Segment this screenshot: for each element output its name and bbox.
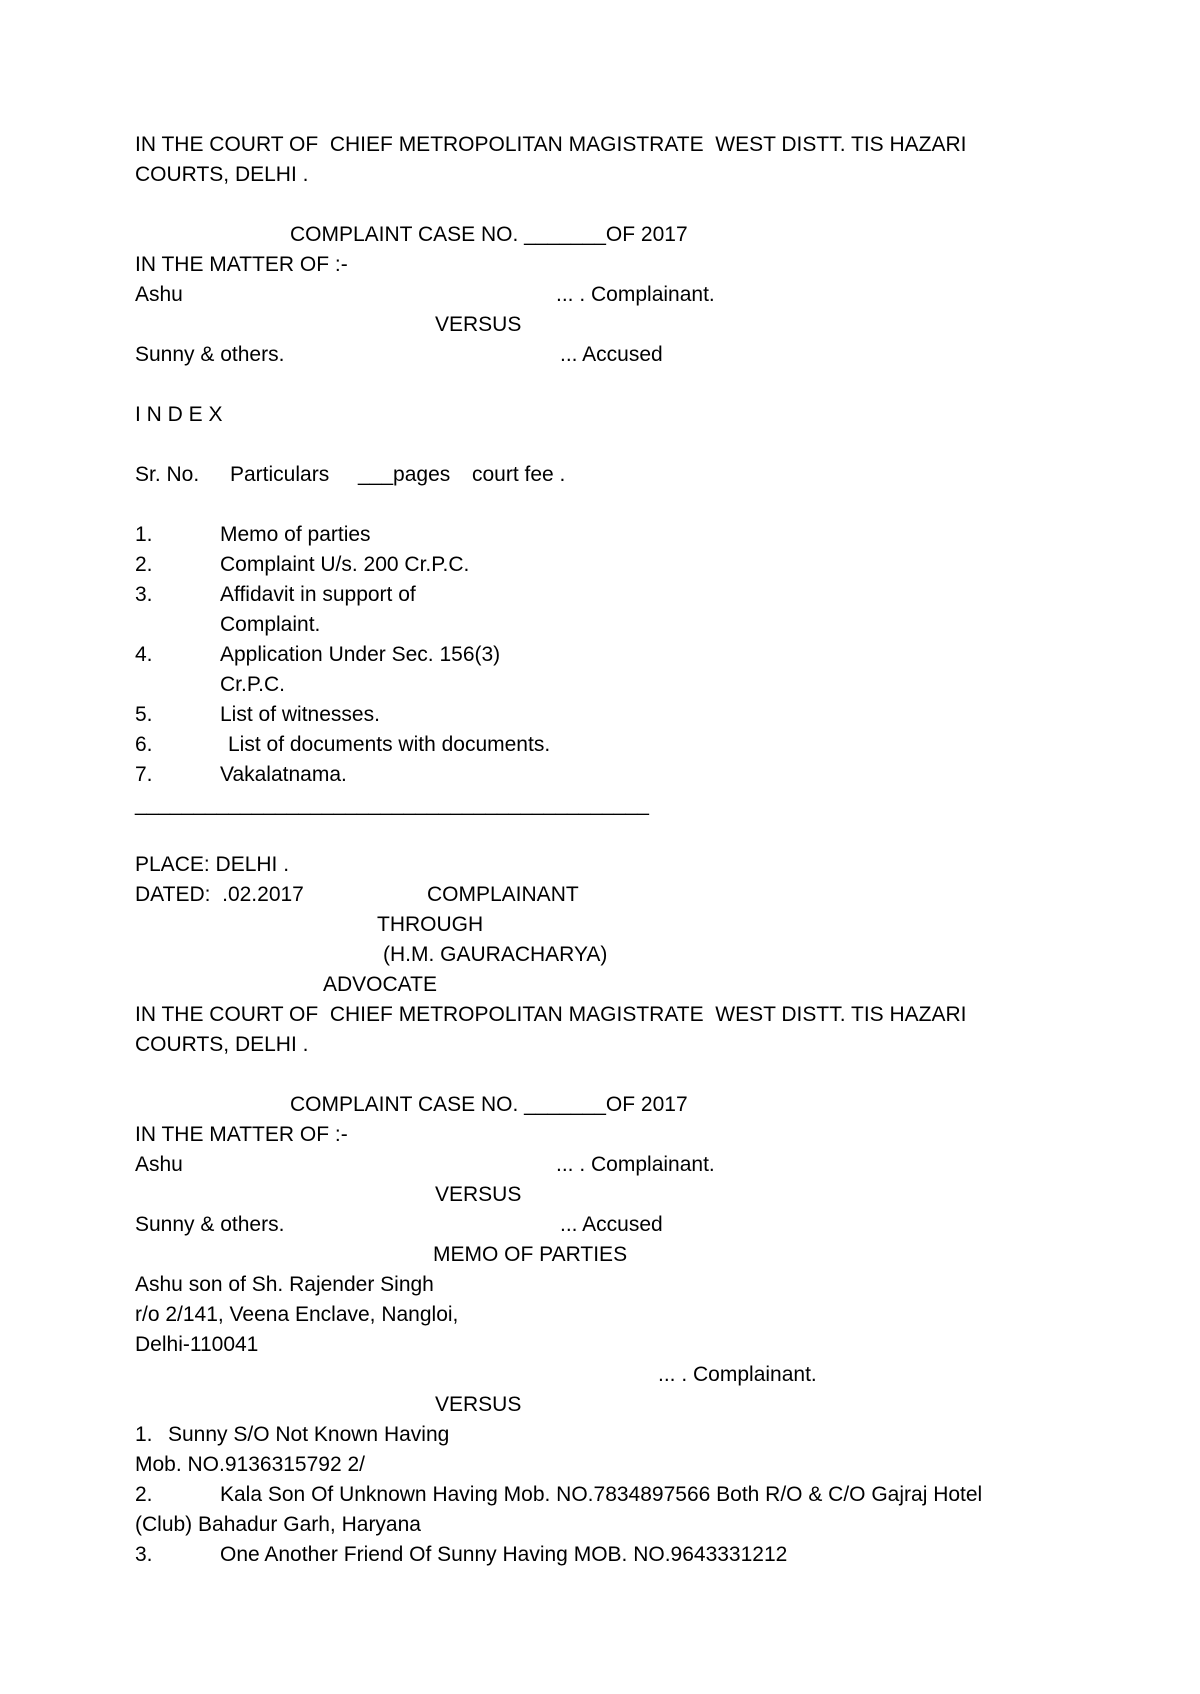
accused-label: ... Accused xyxy=(560,340,663,370)
advocate-name-line: (H.M. GAURACHARYA) xyxy=(0,940,1200,970)
index-header-particulars: Particulars xyxy=(230,460,329,490)
index-item-7: 7. Vakalatnama. xyxy=(0,760,1200,790)
versus-line-3: VERSUS xyxy=(0,1390,1200,1420)
signature-through: THROUGH xyxy=(377,910,483,940)
index-item-6: 6. List of documents with documents. xyxy=(0,730,1200,760)
place-line: PLACE: DELHI . xyxy=(0,850,1200,880)
advocate-line: ADVOCATE xyxy=(0,970,1200,1000)
memo-complainant-label-line: ... . Complainant. xyxy=(0,1360,1200,1390)
complainant-line-2: Ashu ... . Complainant. xyxy=(0,1150,1200,1180)
accused-name-2: Sunny & others. xyxy=(135,1210,284,1240)
accused-name: Sunny & others. xyxy=(135,340,284,370)
memo-complainant-line-3: Delhi-110041 xyxy=(0,1330,1200,1360)
court-header-2-line-2: COURTS, DELHI . xyxy=(0,1030,1200,1060)
index-item-text-cont: Complaint. xyxy=(220,610,320,640)
case-number-text: COMPLAINT CASE NO. _______OF 2017 xyxy=(290,220,688,250)
index-item-3: 3. Affidavit in support of xyxy=(0,580,1200,610)
index-item-number: 4. xyxy=(135,640,153,670)
signature-advocate: ADVOCATE xyxy=(323,970,437,1000)
court-header-2-line-1: IN THE COURT OF CHIEF METROPOLITAN MAGIS… xyxy=(0,1000,1200,1030)
signature-advocate-name: (H.M. GAURACHARYA) xyxy=(383,940,607,970)
index-item-number: 1. xyxy=(135,520,153,550)
court-header-2-text-2: COURTS, DELHI . xyxy=(135,1030,308,1060)
accused-item-2-cont: (Club) Bahadur Garh, Haryana xyxy=(0,1510,1200,1540)
versus-text-3: VERSUS xyxy=(435,1390,521,1420)
index-item-4: 4. Application Under Sec. 156(3) xyxy=(0,640,1200,670)
index-item-number: 2. xyxy=(135,550,153,580)
index-item-text: List of witnesses. xyxy=(220,700,380,730)
accused-item-text-cont: (Club) Bahadur Garh, Haryana xyxy=(135,1510,421,1540)
accused-line: Sunny & others. ... Accused xyxy=(0,340,1200,370)
index-item-number: 3. xyxy=(135,580,153,610)
court-header-line-2: COURTS, DELHI . xyxy=(0,160,1200,190)
index-header-line: Sr. No. Particulars ___pages court fee . xyxy=(0,460,1200,490)
in-the-matter-line: IN THE MATTER OF :- xyxy=(0,250,1200,280)
in-the-matter-text: IN THE MATTER OF :- xyxy=(135,250,348,280)
memo-title-text: MEMO OF PARTIES xyxy=(433,1240,627,1270)
case-number-text-2: COMPLAINT CASE NO. _______OF 2017 xyxy=(290,1090,688,1120)
memo-complainant-label: ... . Complainant. xyxy=(658,1360,817,1390)
accused-item-number: 2. xyxy=(135,1480,153,1510)
memo-complainant-text-2: r/o 2/141, Veena Enclave, Nangloi, xyxy=(135,1300,458,1330)
index-item-5: 5. List of witnesses. xyxy=(0,700,1200,730)
accused-item-1: 1. Sunny S/O Not Known Having xyxy=(0,1420,1200,1450)
complainant-label-2: ... . Complainant. xyxy=(556,1150,715,1180)
index-item-text: Memo of parties xyxy=(220,520,371,550)
complainant-name-2: Ashu xyxy=(135,1150,183,1180)
index-item-3-cont: Complaint. xyxy=(0,610,1200,640)
divider-line: ________________________________________… xyxy=(0,790,1200,820)
complainant-label: ... . Complainant. xyxy=(556,280,715,310)
accused-line-2: Sunny & others. ... Accused xyxy=(0,1210,1200,1240)
versus-text-2: VERSUS xyxy=(435,1180,521,1210)
index-item-number: 5. xyxy=(135,700,153,730)
memo-complainant-text-1: Ashu son of Sh. Rajender Singh xyxy=(135,1270,434,1300)
memo-complainant-line-2: r/o 2/141, Veena Enclave, Nangloi, xyxy=(0,1300,1200,1330)
index-header-pages: ___pages xyxy=(358,460,450,490)
index-item-text: Complaint U/s. 200 Cr.P.C. xyxy=(220,550,469,580)
index-item-text: Vakalatnama. xyxy=(220,760,347,790)
dated-text: DATED: .02.2017 xyxy=(135,880,304,910)
index-title-text: I N D E X xyxy=(135,400,223,430)
through-line: THROUGH xyxy=(0,910,1200,940)
accused-item-2: 2. Kala Son Of Unknown Having Mob. NO.78… xyxy=(0,1480,1200,1510)
index-item-text: Affidavit in support of xyxy=(220,580,416,610)
in-the-matter-line-2: IN THE MATTER OF :- xyxy=(0,1120,1200,1150)
place-text: PLACE: DELHI . xyxy=(135,850,289,880)
index-title-line: I N D E X xyxy=(0,400,1200,430)
in-the-matter-text-2: IN THE MATTER OF :- xyxy=(135,1120,348,1150)
accused-item-text: Kala Son Of Unknown Having Mob. NO.78348… xyxy=(220,1480,982,1510)
index-item-text: List of documents with documents. xyxy=(228,730,550,760)
court-header-text-2: COURTS, DELHI . xyxy=(135,160,308,190)
index-item-number: 6. xyxy=(135,730,153,760)
accused-item-number: 1. xyxy=(135,1420,153,1450)
case-number-line: COMPLAINT CASE NO. _______OF 2017 xyxy=(0,220,1200,250)
index-item-4-cont: Cr.P.C. xyxy=(0,670,1200,700)
complainant-name: Ashu xyxy=(135,280,183,310)
signature-complainant: COMPLAINANT xyxy=(427,880,579,910)
accused-item-text-cont: Mob. NO.9136315792 2/ xyxy=(135,1450,365,1480)
court-header-text-1: IN THE COURT OF CHIEF METROPOLITAN MAGIS… xyxy=(135,130,967,160)
memo-complainant-text-3: Delhi-110041 xyxy=(135,1330,258,1360)
index-item-number: 7. xyxy=(135,760,153,790)
case-number-line-2: COMPLAINT CASE NO. _______OF 2017 xyxy=(0,1090,1200,1120)
versus-line-1: VERSUS xyxy=(0,310,1200,340)
memo-complainant-line-1: Ashu son of Sh. Rajender Singh xyxy=(0,1270,1200,1300)
accused-label-2: ... Accused xyxy=(560,1210,663,1240)
complainant-line: Ashu ... . Complainant. xyxy=(0,280,1200,310)
accused-item-number: 3. xyxy=(135,1540,153,1570)
document-page: IN THE COURT OF CHIEF METROPOLITAN MAGIS… xyxy=(0,0,1200,1694)
court-header-line-1: IN THE COURT OF CHIEF METROPOLITAN MAGIS… xyxy=(0,130,1200,160)
accused-item-text: Sunny S/O Not Known Having xyxy=(168,1420,449,1450)
index-header-srno: Sr. No. xyxy=(135,460,199,490)
accused-item-text: One Another Friend Of Sunny Having MOB. … xyxy=(220,1540,787,1570)
court-header-2-text-1: IN THE COURT OF CHIEF METROPOLITAN MAGIS… xyxy=(135,1000,967,1030)
index-header-court-fee: court fee . xyxy=(472,460,565,490)
accused-item-3: 3. One Another Friend Of Sunny Having MO… xyxy=(0,1540,1200,1570)
divider-underscores: ________________________________________… xyxy=(135,790,649,820)
versus-text-1: VERSUS xyxy=(435,310,521,340)
index-item-text-cont: Cr.P.C. xyxy=(220,670,285,700)
versus-line-2: VERSUS xyxy=(0,1180,1200,1210)
accused-item-1-cont: Mob. NO.9136315792 2/ xyxy=(0,1450,1200,1480)
memo-title-line: MEMO OF PARTIES xyxy=(0,1240,1200,1270)
index-item-text: Application Under Sec. 156(3) xyxy=(220,640,500,670)
index-item-1: 1. Memo of parties xyxy=(0,520,1200,550)
dated-line: DATED: .02.2017 COMPLAINANT xyxy=(0,880,1200,910)
index-item-2: 2. Complaint U/s. 200 Cr.P.C. xyxy=(0,550,1200,580)
